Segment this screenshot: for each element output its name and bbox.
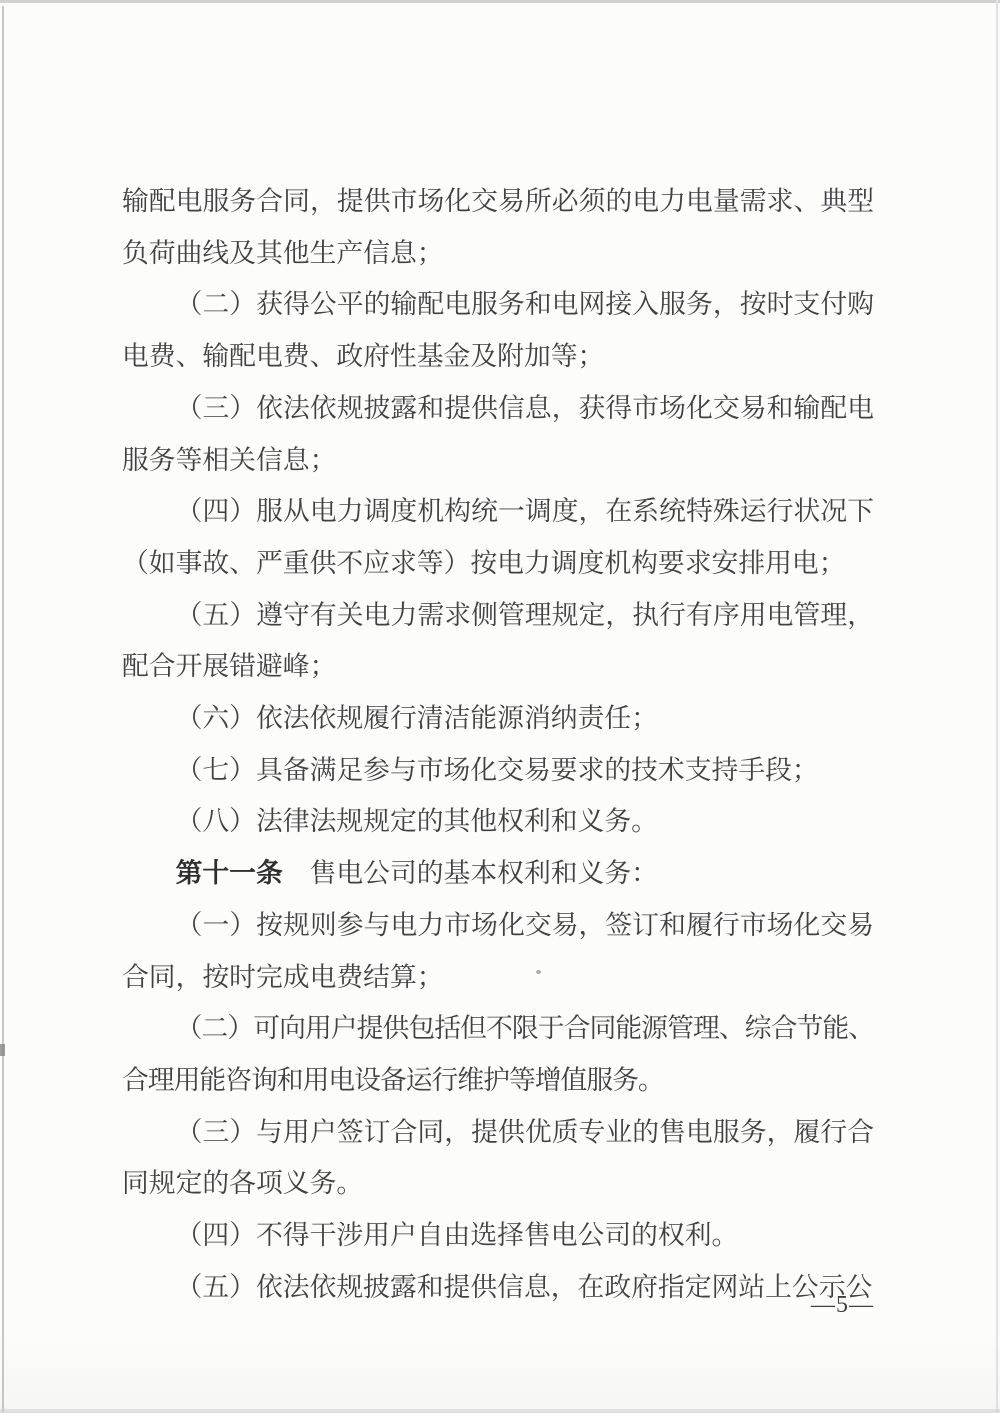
paragraph-text: （四）服从电力调度机构统一调度，在系统特殊运行状况下（如事故、严重供不应求等）按… xyxy=(122,496,874,578)
paragraph: （六）依法依规履行清洁能源消纳责任； xyxy=(122,693,874,745)
paragraph: 第十一条 售电公司的基本权利和义务： xyxy=(122,848,874,900)
paragraph-text: 输配电服务合同，提供市场化交易所必须的电力电量需求、典型负荷曲线及其他生产信息； xyxy=(122,186,874,268)
paragraph: （二）可向用户提供包括但不限于合同能源管理、综合节能、合理用能咨询和用电设备运行… xyxy=(122,1003,874,1106)
document-body: 输配电服务合同，提供市场化交易所必须的电力电量需求、典型负荷曲线及其他生产信息；… xyxy=(122,176,874,1313)
scan-edge-top xyxy=(0,0,1000,3)
paragraph: （四）不得干涉用户自由选择售电公司的权利。 xyxy=(122,1210,874,1262)
paragraph: （五）遵守有关电力需求侧管理规定，执行有序用电管理，配合开展错避峰； xyxy=(122,590,874,693)
scan-edge-bottom xyxy=(0,1409,1000,1413)
paragraph-text: （三）与用户签订合同，提供优质专业的售电服务，履行合同规定的各项义务。 xyxy=(122,1117,874,1199)
paragraph-text: （八）法律法规规定的其他权利和义务。 xyxy=(176,806,658,836)
paragraph-text: （七）具备满足参与市场化交易要求的技术支持手段； xyxy=(176,755,819,785)
paragraph: （一）按规则参与电力市场化交易，签订和履行市场化交易合同，按时完成电费结算； xyxy=(122,900,874,1003)
paragraph: （八）法律法规规定的其他权利和义务。 xyxy=(122,796,874,848)
paragraph: 输配电服务合同，提供市场化交易所必须的电力电量需求、典型负荷曲线及其他生产信息； xyxy=(122,176,874,279)
paragraph: （二）获得公平的输配电服务和电网接入服务，按时支付购电费、输配电费、政府性基金及… xyxy=(122,279,874,382)
scan-grain xyxy=(0,1330,1000,1413)
paragraph-text: （二）获得公平的输配电服务和电网接入服务，按时支付购电费、输配电费、政府性基金及… xyxy=(122,289,874,371)
article-number-heading: 第十一条 xyxy=(176,858,283,888)
scan-tick-mark xyxy=(0,1044,5,1056)
paragraph: （七）具备满足参与市场化交易要求的技术支持手段； xyxy=(122,745,874,797)
scan-edge-left xyxy=(2,6,4,1413)
scan-edge-right xyxy=(996,0,998,1413)
paragraph-text: （一）按规则参与电力市场化交易，签订和履行市场化交易合同，按时完成电费结算； xyxy=(122,910,874,992)
paragraph-text: （二）可向用户提供包括但不限于合同能源管理、综合节能、合理用能咨询和用电设备运行… xyxy=(122,1013,874,1095)
paragraph-text: 售电公司的基本权利和义务： xyxy=(283,858,658,888)
paragraph-text: （三）依法依规披露和提供信息，获得市场化交易和输配电服务等相关信息； xyxy=(122,393,874,475)
paragraph: （三）依法依规披露和提供信息，获得市场化交易和输配电服务等相关信息； xyxy=(122,383,874,486)
paragraph: （三）与用户签订合同，提供优质专业的售电服务，履行合同规定的各项义务。 xyxy=(122,1107,874,1210)
document-page: 输配电服务合同，提供市场化交易所必须的电力电量需求、典型负荷曲线及其他生产信息；… xyxy=(0,0,1000,1413)
paragraph-text: （六）依法依规履行清洁能源消纳责任； xyxy=(176,703,658,733)
paragraph-text: （五）遵守有关电力需求侧管理规定，执行有序用电管理，配合开展错避峰； xyxy=(122,600,874,682)
paragraph-text: （四）不得干涉用户自由选择售电公司的权利。 xyxy=(176,1220,739,1250)
page-number: —5— xyxy=(122,1292,874,1319)
paragraph: （四）服从电力调度机构统一调度，在系统特殊运行状况下（如事故、严重供不应求等）按… xyxy=(122,486,874,589)
